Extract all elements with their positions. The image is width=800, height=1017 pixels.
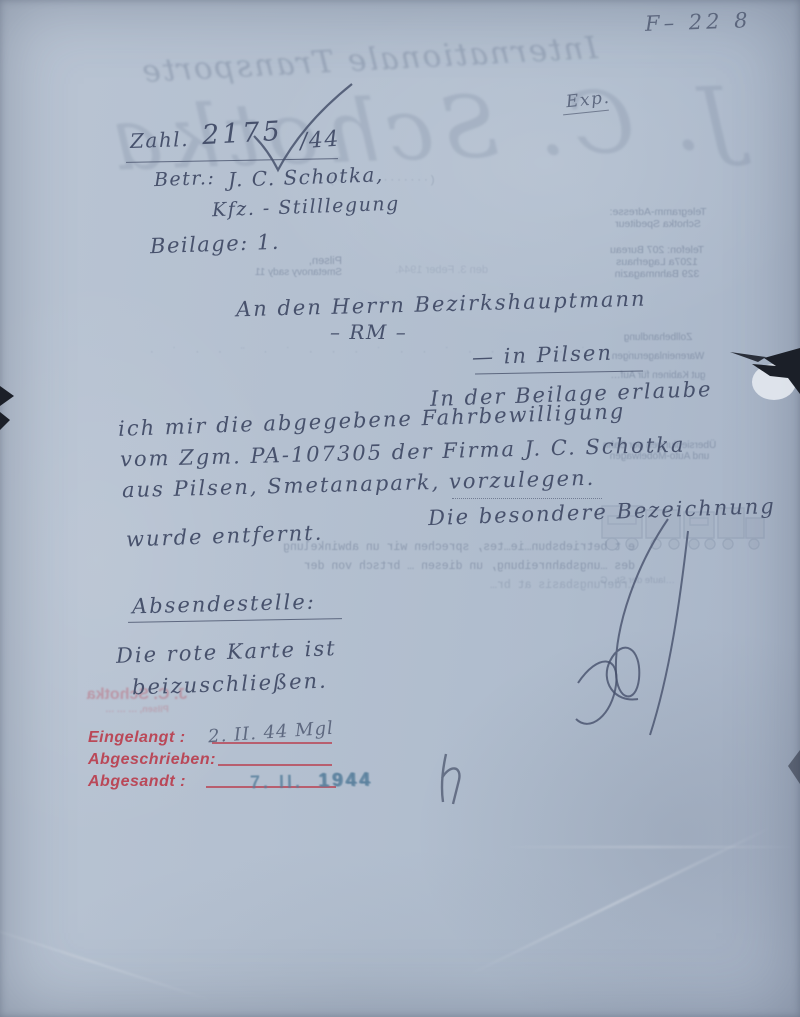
bleed-top-script: Internationale Transporte [140, 42, 580, 78]
bleed-phone-block: Telefon: 207 Bureau 1207a Lagerhaus 329 … [592, 244, 722, 280]
address-line-2: – RM – [330, 320, 407, 344]
pencil-check-mark [438, 748, 472, 808]
betreff-subject: Kfz. - Stilllegung [212, 193, 400, 222]
bleed-services1-line1: Zollbehandlung [598, 332, 718, 343]
betreff-label: Betr.: [154, 167, 216, 191]
body-line-2: ich mir die abgegebene Fahrbewilligung [118, 399, 626, 441]
bleed-telegram-line2: Schotka Spediteur [598, 218, 718, 230]
closing-line-1: Die rote Karte ist [116, 636, 337, 668]
stamp-row-abgesandt: Abgesandt : [88, 773, 186, 791]
left-edge-tear [0, 386, 18, 434]
bleed-red-addr-text: Pilsen, … … … [72, 704, 202, 714]
closing-line-2: beizuschließen. [132, 669, 328, 700]
bleed-place-line2: Smetanovy sady 11 [252, 267, 342, 278]
bleed-place-line1: Pilsen, [252, 255, 342, 267]
date-stamp-year: 1944 [318, 770, 373, 793]
scanned-letter-page: Internationale Transporte J. C. Schotka … [0, 0, 800, 1017]
crease-bottom-right [467, 826, 773, 977]
bleed-place-block: Pilsen, Smetanovy sady 11 [252, 255, 342, 278]
betreff-name: J. C. Schotka, [228, 162, 384, 191]
stamp-line-abgeschrieben [218, 764, 332, 766]
bleed-phone-line3: 329 Bahnmagazin [592, 268, 722, 280]
beilage-note: Beilage: 1. [150, 230, 281, 259]
vorzulegen-underline [452, 498, 602, 499]
archive-ref-number: F– 22 8 [645, 8, 752, 36]
bleed-telegram-line1: Telegramm-Adresse: [598, 206, 718, 218]
bleed-date-line: den 3. Feber 1944. [395, 258, 545, 277]
absender-heading: Absendestelle: [132, 590, 316, 619]
crease-right-horizontal [500, 846, 800, 848]
bleed-phone-line1: Telefon: 207 Bureau [592, 244, 722, 256]
crease-bottom-left [0, 920, 214, 1002]
absender-underline [128, 618, 342, 623]
stamp-row-eingelangt: Eingelangt : [88, 729, 186, 747]
right-edge-tear [730, 342, 800, 414]
bleed-services1-line2: Wareneinlagerungen [598, 351, 718, 362]
bleed-telegram-block: Telegramm-Adresse: Schotka Spediteur [598, 206, 718, 230]
file-number-label: Zahl. [130, 127, 190, 153]
signature [520, 505, 710, 740]
body-line-3: vom Zgm. PA-107305 der Firma J. C. Schot… [120, 433, 686, 472]
body-line-4: aus Pilsen, Smetanapark, vorzulegen. [122, 466, 596, 502]
bleed-date-line-text: den 3. Feber 1944. [395, 264, 488, 276]
right-edge-nick [770, 740, 800, 800]
bleed-phone-line2: 1207a Lagerhaus [592, 256, 722, 268]
address-line-1: An den Herrn Bezirkshauptmann [236, 287, 647, 322]
bleed-services1-block: Zollbehandlung Wareneinlagerungen gut Ka… [598, 332, 718, 381]
address-line-3: — in Pilsen [472, 341, 614, 370]
stamp-row-abgeschrieben: Abgeschrieben: [88, 751, 216, 769]
date-stamp: 7. II. [250, 772, 303, 794]
